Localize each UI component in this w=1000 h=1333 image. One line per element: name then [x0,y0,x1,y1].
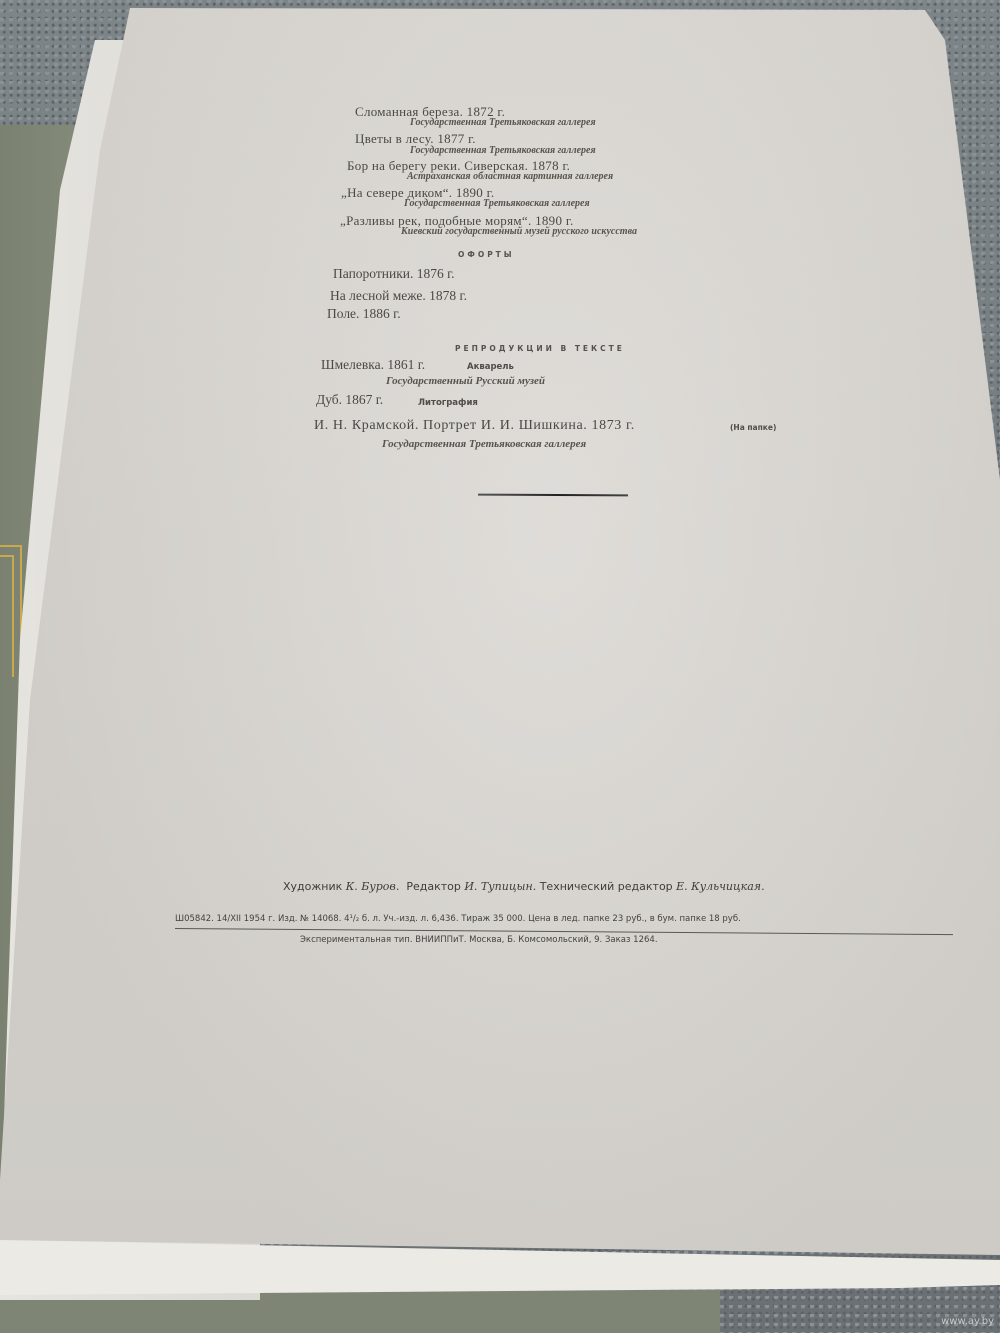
watermark: www.ay.by [941,1316,994,1327]
painting-location: Государственная Третьяковская галлерея [410,145,596,156]
reproduction-note: (На папке) [730,423,776,432]
reproductions-heading: РЕПРОДУКЦИИ В ТЕКСТЕ [455,344,625,353]
artist-name: К. Буров. [346,880,400,893]
reproduction-title: Дуб. 1867 г. [316,392,383,408]
etching-item: Папоротники. 1876 г. [333,266,455,282]
tech-editor-name: Е. Кульчицкая. [676,880,764,893]
credits-line: Художник К. Буров. Редактор И. Тупицын. … [283,880,765,893]
reproduction-title: И. Н. Крамской. Портрет И. И. Шишкина. 1… [314,418,635,434]
tech-editor-label: Технический редактор [540,880,673,893]
artist-label: Художник [283,880,342,893]
reproduction-location: Государственный Русский музей [386,375,545,387]
editor-name: И. Тупицын. [464,880,536,893]
painting-location: Государственная Третьяковская галлерея [410,117,596,128]
printer-details: Экспериментальная тип. ВНИИППиТ. Москва,… [300,935,658,945]
painting-location: Киевский государственный музей русского … [401,226,637,237]
etching-item: На лесной меже. 1878 г. [330,288,467,304]
painting-location: Астраханская областная картинная галлере… [407,171,613,182]
reproduction-location: Государственная Третьяковская галлерея [382,438,586,450]
reproduction-technique: Акварель [467,362,514,372]
etching-item: Поле. 1886 г. [327,306,401,322]
etchings-heading: ОФОРТЫ [458,250,515,259]
publication-details: Ш05842. 14/XII 1954 г. Изд. № 14068. 4¹/… [175,914,741,924]
painting-location: Государственная Третьяковская галлерея [404,198,590,209]
folder-gold-frame-inner [0,555,14,677]
editor-label: Редактор [406,880,461,893]
reproduction-title: Шмелевка. 1861 г. [321,357,425,373]
reproduction-technique: Литография [418,398,478,408]
